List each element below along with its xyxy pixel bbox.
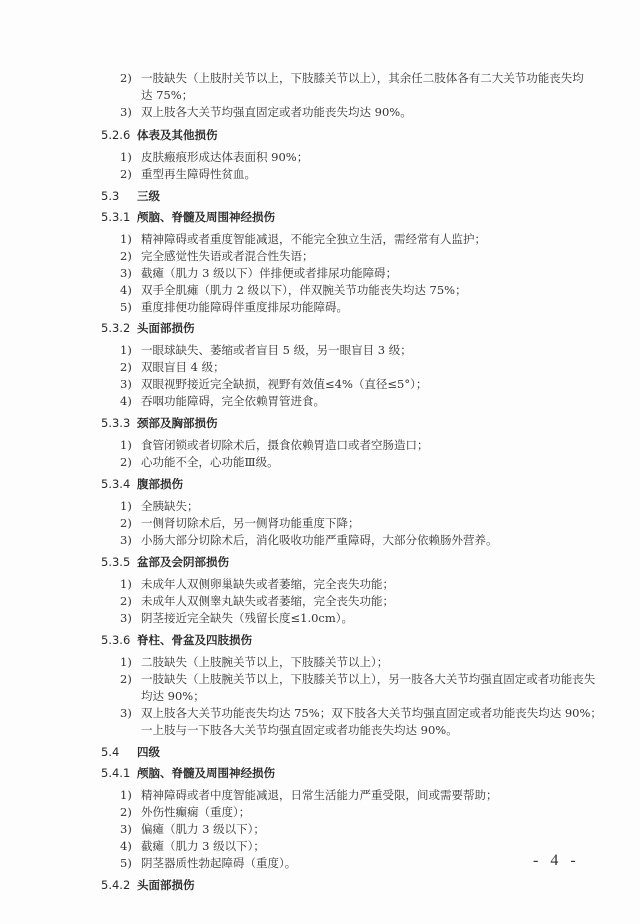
list-item-number: 2) bbox=[120, 805, 132, 819]
section-number: 5.3.6 bbox=[101, 633, 137, 647]
section-title: 颈部及胸部损伤 bbox=[137, 416, 218, 430]
list-item-text: 外伤性癫痫（重度）； bbox=[141, 805, 250, 819]
list-item-text: 一侧肾切除术后，另一侧肾功能重度下降； bbox=[141, 516, 360, 530]
list-item-text: 小肠大部分切除术后，消化吸收功能严重障碍，大部分依赖肠外营养。 bbox=[141, 533, 498, 547]
list-item-continuation: 达 75%； bbox=[141, 88, 193, 102]
list-item-text: 一眼球缺失、萎缩或者盲目 5 级，另一眼盲目 3 级； bbox=[141, 343, 412, 357]
section-number: 5.3.2 bbox=[101, 321, 137, 335]
section-heading: 5.3.5盆部及会阴部损伤 bbox=[101, 555, 229, 569]
section-number: 5.3.4 bbox=[101, 477, 137, 491]
list-item-text: 精神障碍或者中度智能减退，日常生活能力严重受限，间或需要帮助； bbox=[141, 788, 498, 802]
list-item-number: 3) bbox=[120, 822, 132, 836]
section-number: 5.4.2 bbox=[101, 878, 137, 892]
list-item-text: 双眼视野接近完全缺损，视野有效值≤4%（直径≤5°）； bbox=[141, 377, 427, 391]
list-item-text: 二肢缺失（上肢腕关节以上，下肢膝关节以上）； bbox=[141, 655, 388, 669]
list-item-number: 2) bbox=[120, 594, 132, 608]
list-item-text: 一肢缺失（上肢肘关节以上，下肢膝关节以上），其余任二肢体各有二大关节功能丧失均 bbox=[141, 71, 584, 85]
list-item-text: 偏瘫（肌力 3 级以下）； bbox=[141, 822, 265, 836]
list-item-text: 重度排便功能障碍伴重度排尿功能障碍。 bbox=[141, 300, 348, 314]
section-heading: 5.4四级 bbox=[101, 745, 160, 759]
list-item-text: 完全感觉性失语或者混合性失语； bbox=[141, 249, 314, 263]
list-item-text: 截瘫（肌力 3 级以下）； bbox=[141, 839, 265, 853]
list-item-number: 1) bbox=[120, 438, 132, 452]
list-item-number: 4) bbox=[120, 839, 132, 853]
list-item-text: 一肢缺失（上肢腕关节以上，下肢膝关节以上），另一肢各大关节均强直固定或者功能丧失 bbox=[141, 672, 595, 686]
section-heading: 5.3.1颅脑、脊髓及周围神经损伤 bbox=[101, 210, 275, 224]
list-item-text: 吞咽功能障碍，完全依赖胃管进食。 bbox=[141, 394, 325, 408]
list-item-text: 双上肢各大关节均强直固定或者功能丧失均达 90%。 bbox=[141, 105, 412, 119]
list-item-text: 全胰缺失； bbox=[141, 499, 199, 513]
section-title: 头面部损伤 bbox=[137, 321, 195, 335]
list-item-number: 3) bbox=[120, 105, 132, 119]
list-item-text: 食管闭锁或者切除术后，摄食依赖胃造口或者空肠造口； bbox=[141, 438, 429, 452]
section-heading: 5.3.2头面部损伤 bbox=[101, 321, 195, 335]
list-item-text: 阴茎接近完全缺失（残留长度≤1.0cm）。 bbox=[141, 611, 353, 625]
section-title: 头面部损伤 bbox=[137, 878, 195, 892]
section-title: 四级 bbox=[137, 745, 160, 759]
section-title: 三级 bbox=[137, 189, 160, 203]
section-title: 盆部及会阴部损伤 bbox=[137, 555, 229, 569]
list-item-text: 阴茎器质性勃起障碍（重度）。 bbox=[141, 856, 296, 870]
section-number: 5.3.3 bbox=[101, 416, 137, 430]
list-item-text: 心功能不全，心功能Ⅲ级。 bbox=[141, 455, 279, 469]
section-number: 5.4.1 bbox=[101, 766, 137, 780]
section-heading: 5.3.6脊柱、骨盆及四肢损伤 bbox=[101, 633, 252, 647]
list-item-number: 3) bbox=[120, 706, 132, 720]
list-item-text: 双手全肌瘫（肌力 2 级以下），伴双腕关节功能丧失均达 75%； bbox=[141, 283, 467, 297]
list-item-number: 1) bbox=[120, 499, 132, 513]
list-item-number: 2) bbox=[120, 455, 132, 469]
section-number: 5.3 bbox=[101, 189, 137, 203]
list-item-continuation: 均达 90%； bbox=[141, 689, 205, 703]
section-number: 5.2.6 bbox=[101, 128, 137, 142]
list-item-number: 1) bbox=[120, 232, 132, 246]
list-item-number: 2) bbox=[120, 672, 132, 686]
list-item-number: 5) bbox=[120, 856, 132, 870]
list-item-text: 截瘫（肌力 3 级以下）伴排便或者排尿功能障碍； bbox=[141, 266, 397, 280]
section-title: 腹部损伤 bbox=[137, 477, 183, 491]
section-title: 体表及其他损伤 bbox=[137, 128, 218, 142]
section-number: 5.3.1 bbox=[101, 210, 137, 224]
list-item-number: 3) bbox=[120, 611, 132, 625]
list-item-text: 双眼盲目 4 级； bbox=[141, 360, 225, 374]
section-number: 5.3.5 bbox=[101, 555, 137, 569]
list-item-number: 2) bbox=[120, 516, 132, 530]
list-item-number: 1) bbox=[120, 788, 132, 802]
page-number: - 4 - bbox=[533, 852, 580, 870]
section-heading: 5.2.6体表及其他损伤 bbox=[101, 128, 218, 142]
section-heading: 5.4.2头面部损伤 bbox=[101, 878, 195, 892]
section-heading: 5.3三级 bbox=[101, 189, 160, 203]
section-heading: 5.3.4腹部损伤 bbox=[101, 477, 183, 491]
list-item-text: 未成年人双侧卵巢缺失或者萎缩，完全丧失功能； bbox=[141, 577, 394, 591]
list-item-number: 3) bbox=[120, 266, 132, 280]
list-item-number: 2) bbox=[120, 249, 132, 263]
list-item-text: 未成年人双侧睾丸缺失或者萎缩，完全丧失功能； bbox=[141, 594, 394, 608]
list-item-number: 3) bbox=[120, 533, 132, 547]
list-item-number: 1) bbox=[120, 343, 132, 357]
list-item-number: 1) bbox=[120, 150, 132, 164]
section-title: 颅脑、脊髓及周围神经损伤 bbox=[137, 766, 275, 780]
list-item-text: 重型再生障碍性贫血。 bbox=[141, 167, 256, 181]
list-item-text: 皮肤瘢痕形成达体表面积 90%； bbox=[141, 150, 308, 164]
list-item-number: 2) bbox=[120, 71, 132, 85]
list-item-text: 精神障碍或者重度智能减退，不能完全独立生活，需经常有人监护； bbox=[141, 232, 486, 246]
section-title: 脊柱、骨盆及四肢损伤 bbox=[137, 633, 252, 647]
list-item-number: 1) bbox=[120, 655, 132, 669]
list-item-number: 2) bbox=[120, 360, 132, 374]
list-item-text: 双上肢各大关节功能丧失均达 75%；双下肢各大关节均强直固定或者功能丧失均达 9… bbox=[141, 706, 602, 720]
list-item-number: 4) bbox=[120, 394, 132, 408]
document-page: 2)一肢缺失（上肢肘关节以上，下肢膝关节以上），其余任二肢体各有二大关节功能丧失… bbox=[0, 0, 640, 924]
list-item-number: 3) bbox=[120, 377, 132, 391]
list-item-number: 4) bbox=[120, 283, 132, 297]
list-item-number: 2) bbox=[120, 167, 132, 181]
section-title: 颅脑、脊髓及周围神经损伤 bbox=[137, 210, 275, 224]
section-heading: 5.3.3颈部及胸部损伤 bbox=[101, 416, 218, 430]
list-item-continuation: 一上肢与一下肢各大关节均强直固定或者功能丧失均达 90%。 bbox=[141, 723, 458, 737]
section-heading: 5.4.1颅脑、脊髓及周围神经损伤 bbox=[101, 766, 275, 780]
list-item-number: 5) bbox=[120, 300, 132, 314]
list-item-number: 1) bbox=[120, 577, 132, 591]
section-number: 5.4 bbox=[101, 745, 137, 759]
